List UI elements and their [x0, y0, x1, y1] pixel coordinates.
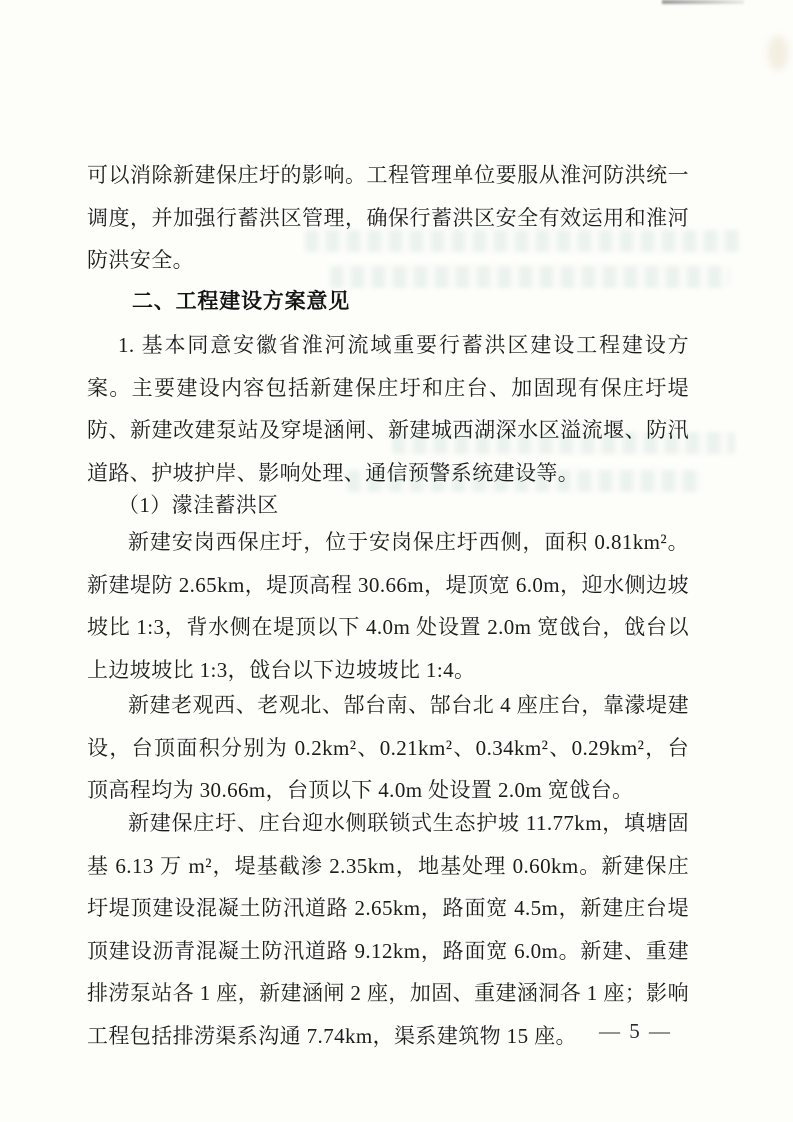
paragraph-zhuangtai-platforms: 新建老观西、老观北、郜台南、郜台北 4 座庄台，靠濛堤建设，台顶面积分别为 0.… — [87, 684, 689, 812]
paragraph-intro-continuation: 可以消除新建保庄圩的影响。工程管理单位要服从淮河防洪统一调度，并加强行蓄洪区管理… — [87, 154, 689, 282]
paragraph-angang-west-polder: 新建安岗西保庄圩，位于安岗保庄圩西侧，面积 0.81km²。新建堤防 2.65k… — [87, 521, 689, 691]
section-heading: 二、工程建设方案意见 — [87, 281, 689, 324]
scanned-document-page: 可以消除新建保庄圩的影响。工程管理单位要服从淮河防洪统一调度，并加强行蓄洪区管理… — [0, 0, 793, 1122]
scan-edge-smudge — [662, 0, 744, 4]
scan-stain — [768, 36, 788, 70]
paragraph-item-1: 1. 基本同意安徽省淮河流域重要行蓄洪区建设工程建设方案。主要建设内容包括新建保… — [87, 324, 689, 494]
page-number: — 5 — — [599, 1019, 672, 1044]
